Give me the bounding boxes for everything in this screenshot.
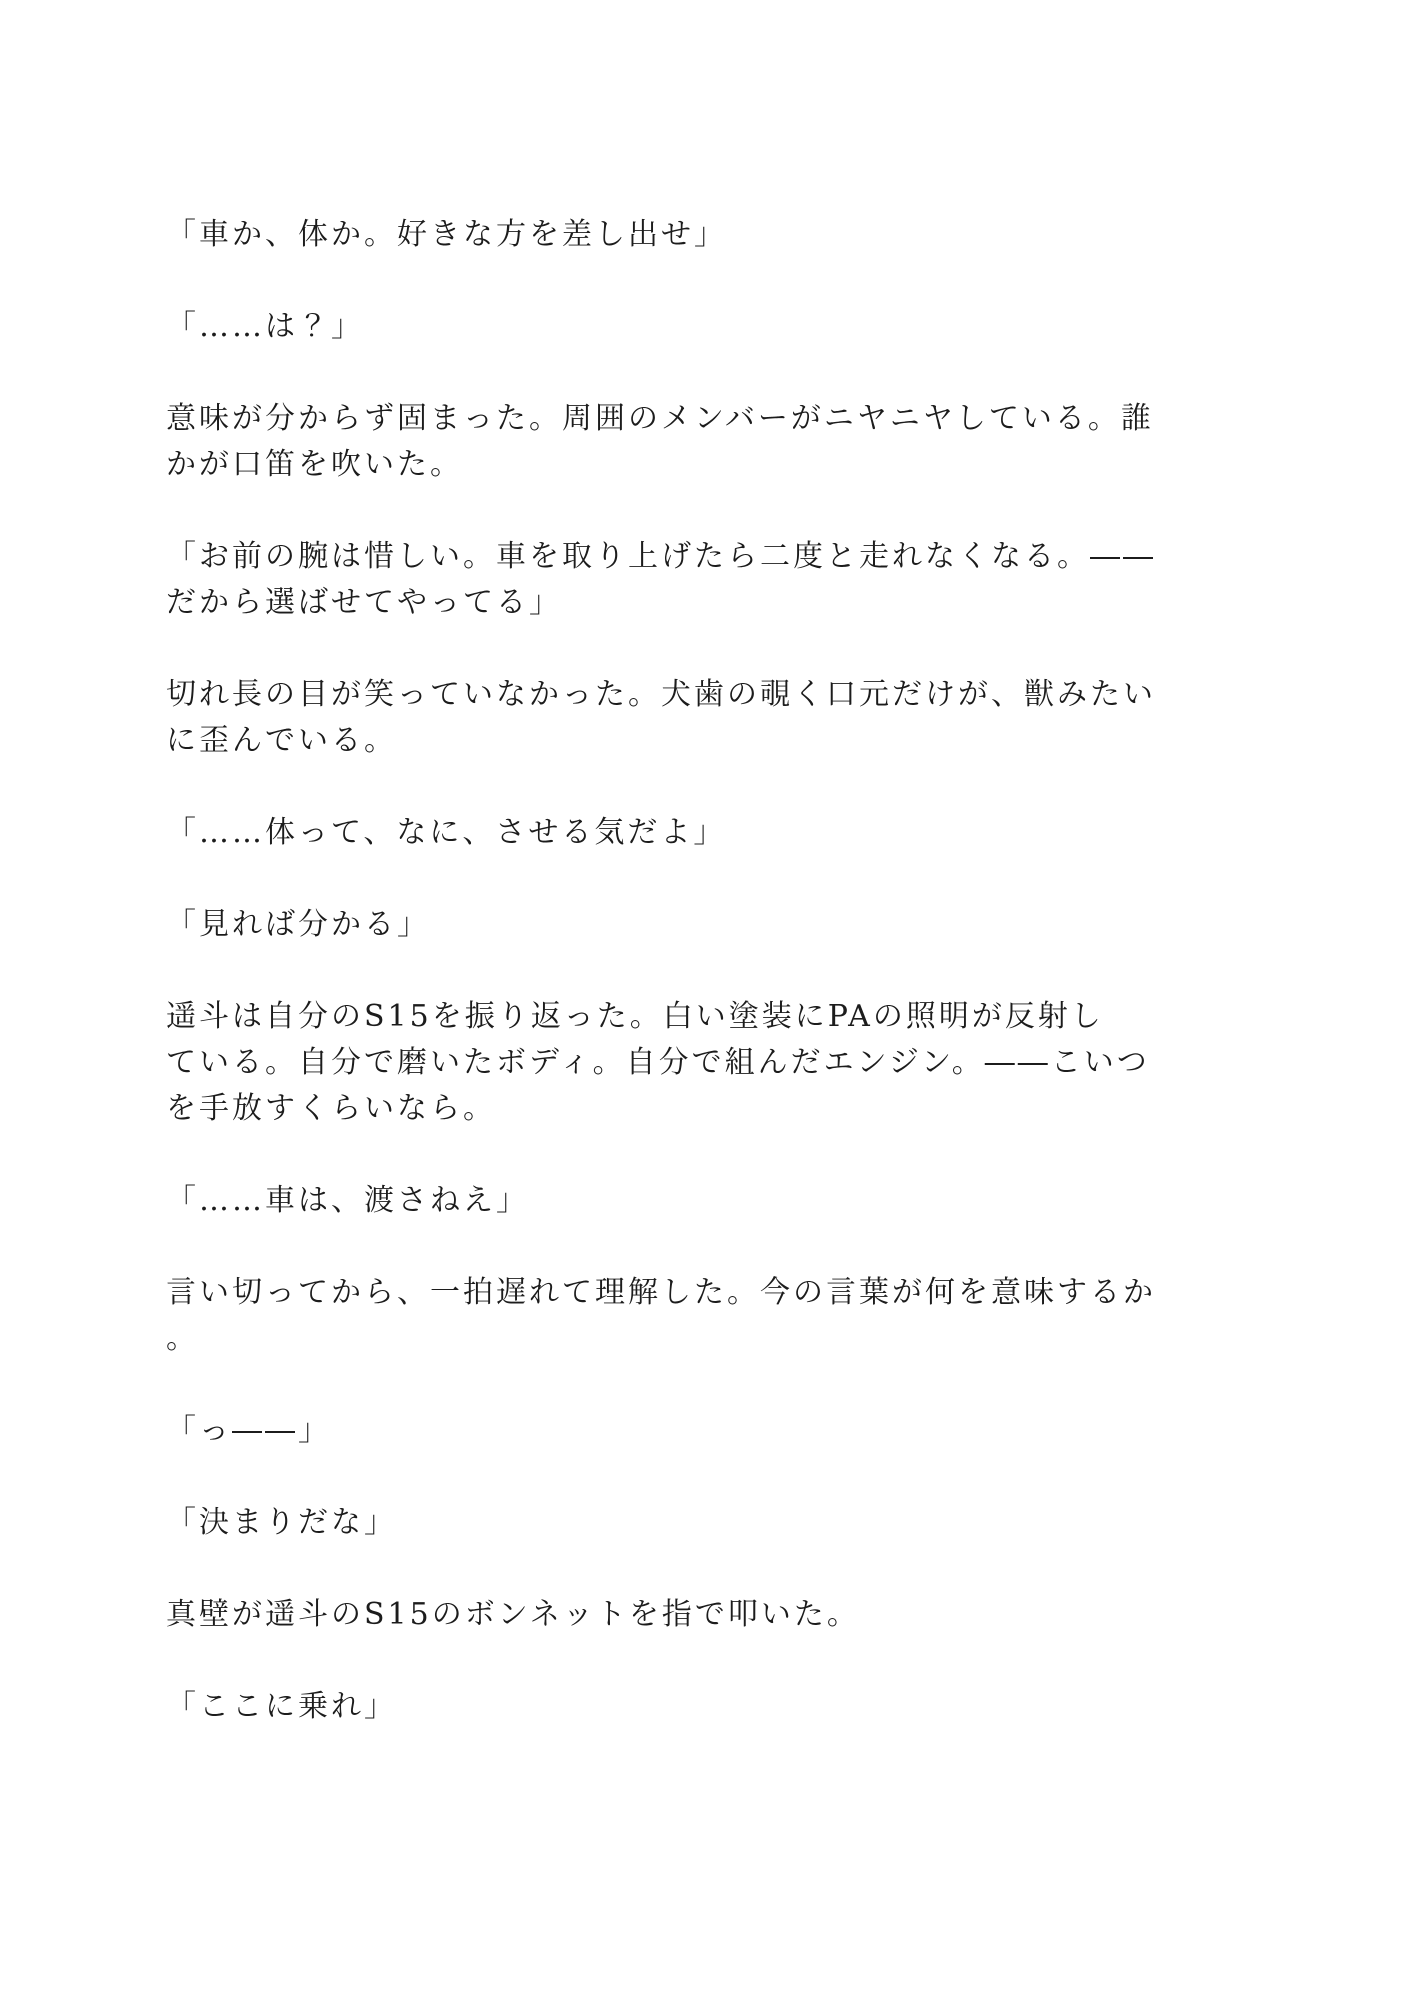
paragraph: 「決まりだな」 (166, 1500, 1295, 1546)
paragraph: 「……は？」 (166, 304, 1295, 350)
paragraph: 切れ長の目が笑っていなかった。犬歯の覗く口元だけが、獣みたい に歪んでいる。 (166, 672, 1295, 764)
paragraph: 「……体って、なに、させる気だよ」 (166, 810, 1295, 856)
paragraph-list: 「車か、体か。好きな方を差し出せ」「……は？」意味が分からず固まった。周囲のメン… (166, 212, 1295, 1730)
paragraph: 「見れば分かる」 (166, 902, 1295, 948)
paragraph: 「……車は、渡さねえ」 (166, 1178, 1295, 1224)
paragraph: 言い切ってから、一拍遅れて理解した。今の言葉が何を意味するか 。 (166, 1270, 1295, 1362)
paragraph: 「お前の腕は惜しい。車を取り上げたら二度と走れなくなる。―― だから選ばせてやっ… (166, 534, 1295, 626)
paragraph: 遥斗は自分のS15を振り返った。白い塗装にPAの照明が反射し ている。自分で磨い… (166, 994, 1295, 1132)
document-page: 「車か、体か。好きな方を差し出せ」「……は？」意味が分からず固まった。周囲のメン… (0, 0, 1415, 2000)
paragraph: 真壁が遥斗のS15のボンネットを指で叩いた。 (166, 1592, 1295, 1638)
paragraph: 「車か、体か。好きな方を差し出せ」 (166, 212, 1295, 258)
paragraph: 意味が分からず固まった。周囲のメンバーがニヤニヤしている。誰 かが口笛を吹いた。 (166, 396, 1295, 488)
paragraph: 「っ――」 (166, 1408, 1295, 1454)
paragraph: 「ここに乗れ」 (166, 1684, 1295, 1730)
